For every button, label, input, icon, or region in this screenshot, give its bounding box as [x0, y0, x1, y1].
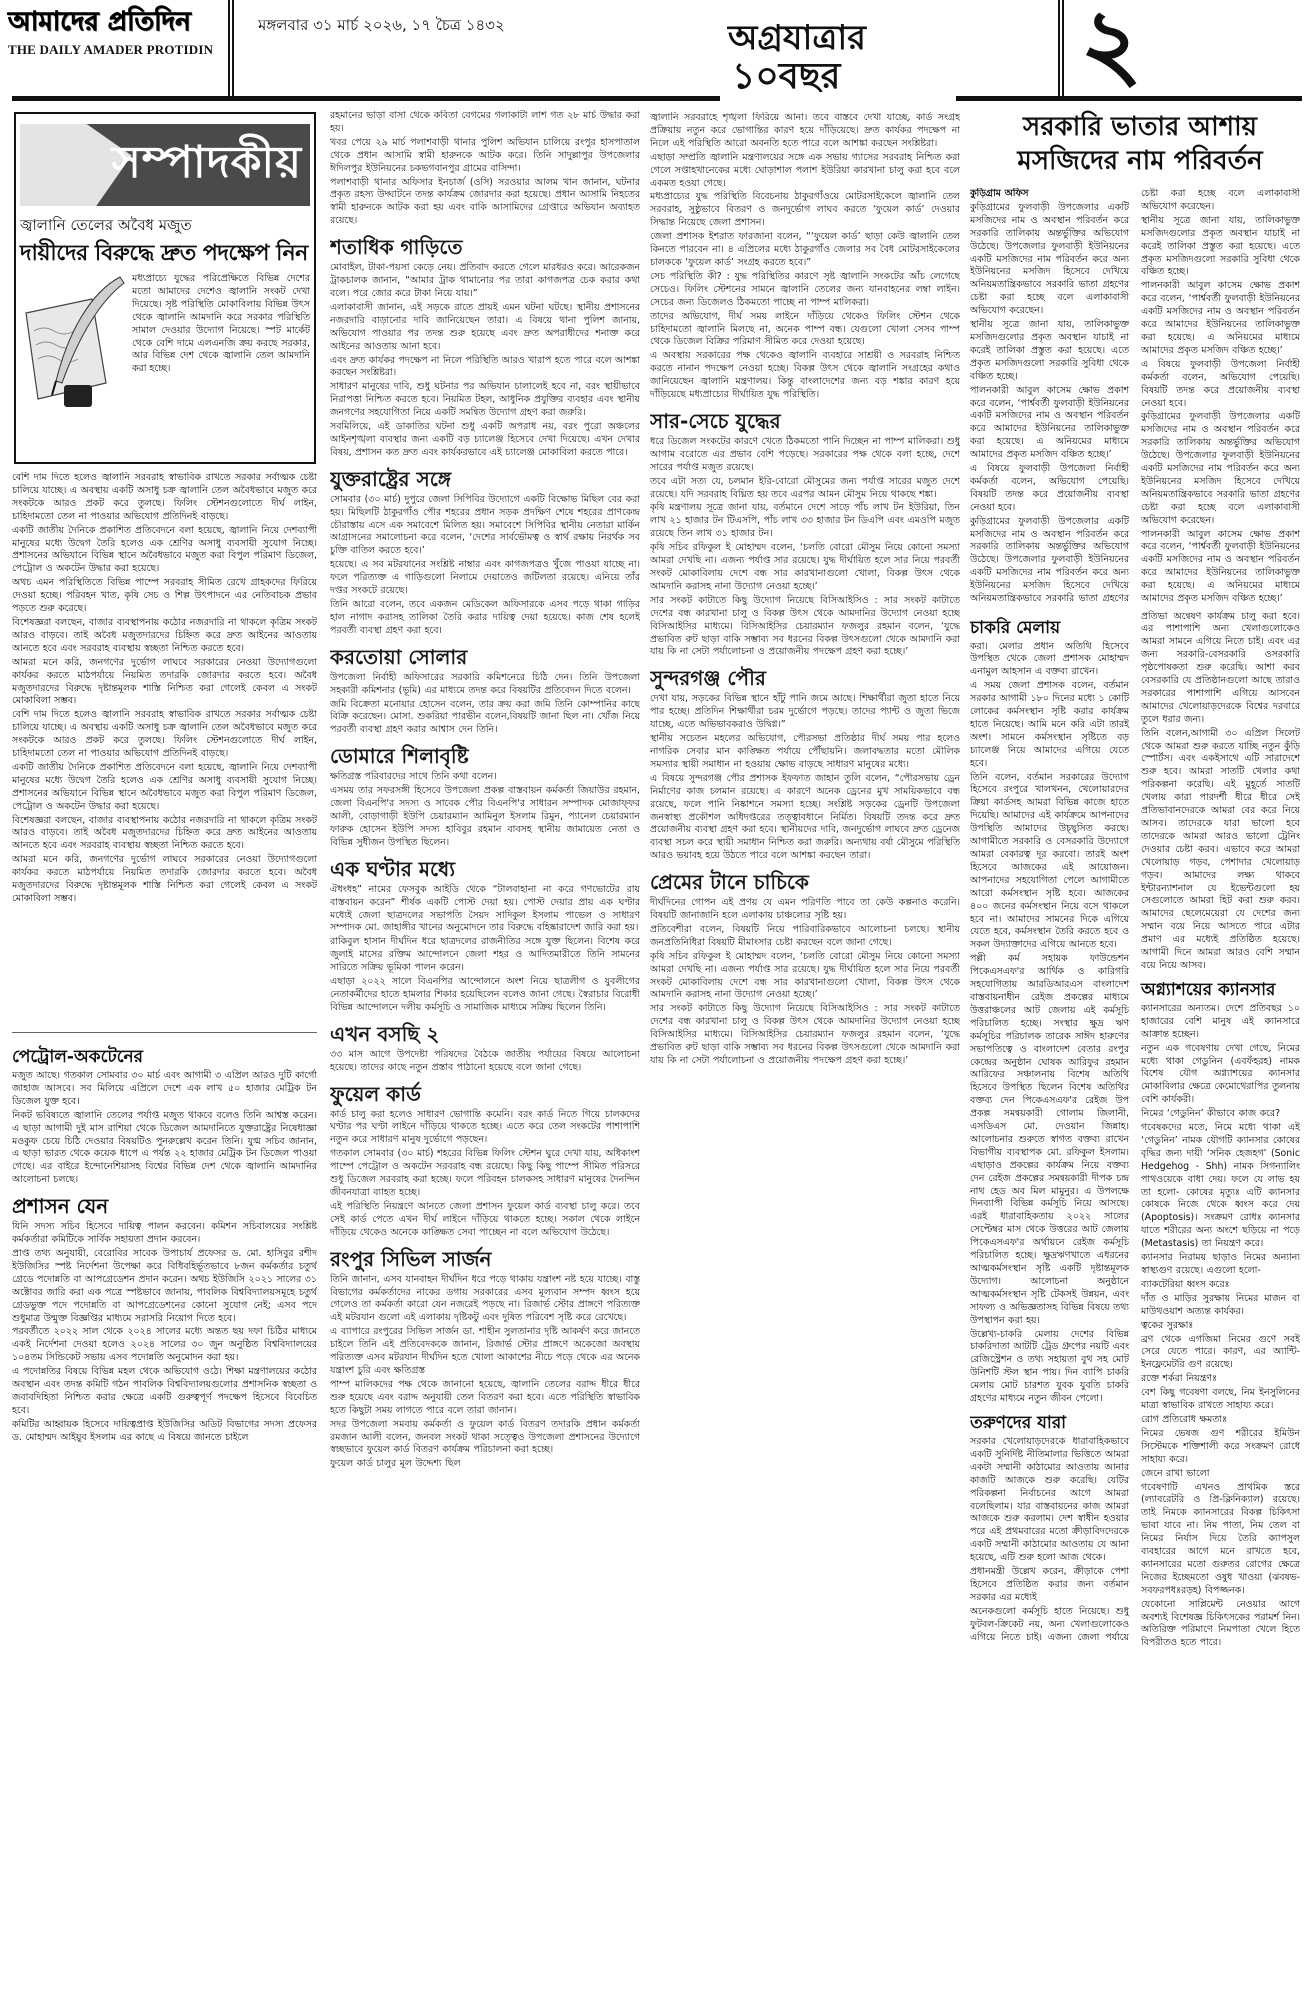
article-paragraph: এ ব্যাপারে রংপুরের সিভিল সার্জন ডা. শাহী…: [330, 1326, 640, 1378]
article-paragraph: কৃষি সচিব রফিকুল ই মোহাম্মদ বলেন, ‘চলতি …: [650, 951, 960, 1003]
article-paragraph: এ বিষয়ে ফুলবাড়ী উপজেলা নির্বাহী কর্মকর…: [970, 463, 1129, 515]
article-paragraph: উল্লেখ্য-চাকরি মেলায় দেশের বিভিন্ন চাকর…: [970, 1329, 1129, 1406]
article-paragraph: পল্লী কর্ম সহায়ক ফাউন্ডেশন পিকেএসএফ'র আ…: [970, 953, 1129, 1327]
article-paragraph: মজুত আছে। গতকাল সোমবার ৩০ মার্চ এবং আগাম…: [12, 1070, 317, 1109]
masthead: আমাদের প্রতিদিন THE DAILY AMADER PROTIDI…: [0, 0, 1312, 112]
article-paragraph: পালনকারী আবুল কাসেম ক্ষোভ প্রকাশ করে বলে…: [1141, 280, 1300, 357]
article-paragraph: দীর্ঘদিনের গোপন এই প্রণয় যে এমন পরিণতি …: [650, 897, 960, 923]
section-heading[interactable]: এখন বসছি ২: [330, 1021, 640, 1047]
article-paragraph: এ বিষয়ে ফুলবাড়ী উপজেলা নির্বাহী কর্মকর…: [1141, 359, 1300, 411]
editorial-paragraph: আমরা মনে করি, জনগণের দুর্ভোগ লাঘবে সরকার…: [12, 854, 317, 906]
article-paragraph: ধরে ডিজেল সংকটের কারণে খেতে ঠিকমতো পানি …: [650, 436, 960, 475]
article-paragraph: স্থানীয় সূত্রে জানা যায়, তালিকাভুক্ত ম…: [1141, 215, 1300, 280]
article-paragraph: ক্ষতিগ্রস্ত পরিবারদের সাথে তিনি কথা বলেন…: [330, 771, 640, 784]
article-paragraph: প্রধানমন্ত্রী উল্লেখ করেন, ক্রীড়াকে পেশ…: [970, 1566, 1129, 1605]
editorial-kicker: জ্বালানি তেলের অবৈধ মজুত: [20, 214, 310, 239]
main-headline-line-1: সরকারি ভাতার আশায়: [980, 110, 1300, 144]
article-paragraph: রাকিবুল হাসান দীর্ঘদিন ধরে ছাত্রদলের রাজ…: [330, 936, 640, 975]
article-paragraph: গবেষণাটি এখনও প্রাথমিক স্তরে (ল্যাবরেটরি…: [1141, 1482, 1300, 1598]
editorial-paragraph: বিশেষজ্ঞরা বলছেন, বাজার ব্যবস্থাপনায় কঠ…: [12, 617, 317, 656]
article-paragraph: ৩৩ মাস আগে উপদেষ্টা পরিষদের বৈঠকে জাতীয়…: [330, 1049, 640, 1075]
main-headline-line-2: মসজিদের নাম পরিবর্তন: [980, 144, 1300, 178]
article-paragraph: হয়েছে। এ সব মটরযানের সংশ্লিষ্ট নাম্বার …: [330, 559, 640, 598]
article-paragraph: এসময় তার সফরসঙ্গী হিসেবে উপজেলা প্রকল্প…: [330, 785, 640, 850]
quill-pen-icon: [20, 273, 128, 413]
section-heading[interactable]: সার-সেচে যুদ্ধের: [650, 408, 960, 434]
anniversary-banner: অগ্রযাত্রার ১০বছর: [728, 20, 928, 96]
section-heading[interactable]: রংপুর সিভিল সার্জন: [330, 1246, 640, 1272]
article-subhead: রোগ প্রতিরোধ ক্ষমতাঃ: [1141, 1414, 1300, 1427]
section-heading[interactable]: ডোমারে শিলাবৃষ্টি: [330, 743, 640, 769]
article-paragraph: জমি বিক্রেতা মনোয়ার হোসেন বলেন, তার ক্র…: [330, 699, 640, 738]
article-paragraph: তিনি বলেন, বর্তমান সরকারের উদ্যোগ হিসেবে…: [970, 772, 1129, 953]
article-paragraph: ঐধংধহ” নামের ফেসবুক আইডি থেকে “টালবাহানা…: [330, 884, 640, 936]
column-divider: [12, 1032, 317, 1033]
article-paragraph: জ্বালানি সরবরাহে শৃঙ্খলা ফিরিয়ে আনা। তব…: [650, 112, 960, 151]
article-paragraph: ক্যানসার নিরাময় ছাড়াও নিমের অন্যান্য স…: [1141, 1252, 1300, 1278]
article-paragraph: এ সময় জেলা প্রশাসক বলেন, বর্তমান সরকার …: [970, 680, 1129, 770]
article-paragraph: পলাশবাড়ী থানার অফিসার ইনচার্জ (ওসি) সরও…: [330, 177, 640, 229]
article-paragraph: এলাকাবাসী জানান, এই সড়কে রাতে প্রায়ই এ…: [330, 302, 640, 354]
article-paragraph: ফুয়েল কার্ড চালুর মূল উদ্দেশ্য ছিল: [330, 1458, 640, 1471]
main-story-body: কুড়িগ্রাম অফিস কুড়িগ্রামের ফুলবাড়ী উপ…: [970, 188, 1300, 607]
section-heading[interactable]: ফুয়েল কার্ড: [330, 1081, 640, 1107]
column-1-lower: পেট্রোল-অকটেনের মজুত আছে। গতকাল সোমবার ৩…: [12, 1040, 317, 1446]
article-paragraph: তিনি বলেন,আগামী ৩০ এপ্রিল সিলেট থেকে আমর…: [1141, 728, 1300, 973]
article-paragraph: যিনি সদস্য সচিব হিসেবে দায়িত্ব পালন করব…: [12, 1221, 317, 1247]
page-number: ২: [1080, 0, 1142, 94]
article-paragraph: রহমানের ভাড়া বাসা থেকে কবিতা বেগমের গলা…: [330, 110, 640, 136]
newspaper-logo[interactable]: আমাদের প্রতিদিন THE DAILY AMADER PROTIDI…: [8, 4, 218, 58]
section-heading[interactable]: চাকরি মেলায়: [970, 617, 1129, 639]
article-paragraph: করা। মেলার প্রধান অতিথি হিসেবে উপস্থিত থ…: [970, 641, 1129, 680]
article-paragraph: যেকোনো সাপ্লিমেন্ট নেওয়ার আগে অবশ্যই বি…: [1141, 1599, 1300, 1651]
article-paragraph: কুড়িগ্রামের ফুলবাড়ী উপজেলার একটি মসজিদ…: [970, 202, 1129, 318]
article-paragraph: এ বিষয়ে সুন্দরগঞ্জ পৌর প্রশাসক ইফফাত জা…: [650, 773, 960, 863]
article-paragraph: সার সংকট কাটাতে কিছু উদ্যোগ নিয়েছে বিসি…: [650, 1003, 960, 1068]
article-paragraph: সরকার খেলোয়াড়দেরকে ধারাবাহিকভাবে একটি …: [970, 1436, 1129, 1565]
article-subhead: নিমের ‘গেডুনিন’ কীভাবে কাজ করে?: [1141, 1108, 1300, 1121]
logo-english: THE DAILY AMADER PROTIDIN: [8, 42, 218, 58]
article-paragraph: পাম্প মালিকদের পক্ষ থেকে জানানো হয়েছে, …: [330, 1379, 640, 1418]
article-paragraph: এছাড়া সম্প্রতি জ্বালানি মন্ত্রণালয়ের স…: [650, 152, 960, 191]
issue-date: মঙ্গলবার ৩১ মার্চ ২০২৬, ১৭ চৈত্র ১৪৩২: [258, 14, 505, 39]
anniversary-line-2: ১০বছর: [732, 56, 928, 96]
article-subhead: ব্যাকটেরিয়া ধ্বংস করেঃ: [1141, 1279, 1300, 1292]
article-paragraph: কমিটির আহ্বায়ক হিসেবে দায়িত্বপ্রাপ্ত ই…: [12, 1419, 317, 1445]
article-paragraph: পালনকারী আবুল কাসেম ক্ষোভ প্রকাশ করে বলে…: [970, 385, 1129, 462]
section-heading[interactable]: সুন্দরগঞ্জ পৌর: [650, 665, 960, 691]
article-paragraph: তবে এটা সত্য যে, চলমান ইরি-বোরো মৌসুমের …: [650, 476, 960, 502]
rule-gap: [720, 92, 956, 106]
editorial-banner-title: সম্পাদকীয়: [112, 130, 302, 196]
editorial-intro: মধ্যপ্রাচ্যে যুদ্ধের পরিপ্রেক্ষিতে বিভিন…: [128, 273, 310, 413]
article-paragraph: কৃষি সচিব রফিকুল ই মোহাম্মদ বলেন, ‘চলতি …: [650, 542, 960, 594]
editorial-paragraph: একটি জাতীয় দৈনিকে প্রকাশিত প্রতিবেদনে ব…: [12, 762, 317, 814]
article-paragraph: প্রতিবেশীরা বলেন, বিষয়টি নিয়ে পারিবারি…: [650, 924, 960, 950]
masthead-rule: [12, 96, 1302, 101]
section-heading[interactable]: যুক্তরাষ্ট্রের সঙ্গে: [330, 466, 640, 492]
logo-bangla: আমাদের প্রতিদিন: [8, 4, 218, 40]
section-heading[interactable]: এক ঘণ্টার মধ্যে: [330, 856, 640, 882]
editorial-banner: সম্পাদকীয়: [20, 124, 310, 206]
article-paragraph: উপজেলা নির্বাহী অফিসারের সরকারি কমিশনেরে…: [330, 672, 640, 698]
article-paragraph: মধ্যপ্রাচ্যের যুদ্ধ পরিস্থিতি বিবেচনায় …: [650, 191, 960, 230]
article-paragraph: সার সংকট কাটাতে কিছু উদ্যোগ নিয়েছে বিসি…: [650, 595, 960, 660]
editorial-paragraph: অথচ এমন পরিস্থিতিতে বিভিন্ন পাম্পে সরবরা…: [12, 577, 317, 616]
article-paragraph: তাদের অভিযোগ, দীর্ঘ সময় লাইনে দাঁড়িয়ে…: [650, 311, 960, 350]
main-headline[interactable]: সরকারি ভাতার আশায় মসজিদের নাম পরিবর্তন: [980, 110, 1300, 178]
article-paragraph: বেশ কিছু গবেষণা বলছে, নিম ইনসুলিনের মাত্…: [1141, 1387, 1300, 1413]
anniversary-line-1: অগ্রযাত্রার: [728, 20, 928, 56]
lower-stories: চাকরি মেলায় করা। মেলার প্রধান অতিথি হিস…: [970, 611, 1300, 1651]
article-paragraph: গতকাল সোমবার (৩০ মার্চ) শহরের বিভিন্ন ফি…: [330, 1148, 640, 1200]
section-heading[interactable]: পেট্রোল-অকটেনের: [12, 1046, 317, 1068]
column-2: রহমানের ভাড়া বাসা থেকে কবিতা বেগমের গলা…: [330, 110, 640, 1990]
editorial-headline[interactable]: দায়ীদের বিরুদ্ধে দ্রুত পদক্ষেপ নিন: [20, 239, 310, 269]
editorial-continued: বেশি দাম দিতে হলেও জ্বালানি সরবরাহ স্বাভ…: [12, 472, 317, 907]
article-paragraph: পরবর্তীতে ২০২২ সাল থেকে ২০২৪ সালের মধ্যে…: [12, 1326, 317, 1365]
column-4: কুড়িগ্রাম অফিস কুড়িগ্রামের ফুলবাড়ী উপ…: [970, 188, 1300, 1998]
article-paragraph: কুড়িগ্রামের ফুলবাড়ী উপজেলার একটি মসজিদ…: [1141, 411, 1300, 527]
editorial-paragraph: একটি জাতীয় দৈনিকে প্রকাশিত প্রতিবেদনে ব…: [12, 525, 317, 577]
article-paragraph: সাধারণ মানুষের দাবি, শুধু ঘটনার পর অভিযা…: [330, 381, 640, 420]
article-paragraph: স্থানীয় সূত্রে জানা যায়, তালিকাভুক্ত ম…: [970, 319, 1129, 384]
article-subhead: ত্বকের সুরক্ষাঃ: [1141, 1320, 1300, 1333]
editorial-paragraph: বেশি দাম দিতে হলেও জ্বালানি সরবরাহ স্বাভ…: [12, 709, 317, 761]
article-paragraph: জেলা প্রশাসক ইশরাত ফারজানা বলেন, “‘ফুয়ে…: [650, 231, 960, 270]
masthead-divider-right: [1058, 0, 1064, 96]
article-paragraph: সবমিলিয়ে, এই ডাকাতির ঘটনা শুধু একটি অপর…: [330, 421, 640, 460]
article-paragraph: তিনি জানান, এসব যানবাহন দীর্ঘদিন ধরে পড়…: [330, 1274, 640, 1326]
article-paragraph: নতুন এক গবেষণায় দেখা গেছে, নিমের মধ্যে …: [1141, 1043, 1300, 1108]
article-paragraph: এ পদোন্নতির বিষয়ে বিভিন্ন মহল থেকে অভিয…: [12, 1366, 317, 1418]
article-paragraph: পালনকারী আবুল কাসেম ক্ষোভ প্রকাশ করে বলে…: [1141, 529, 1300, 606]
editorial-paragraph: আমরা মনে করি, জনগণের দুর্ভোগ লাঘবে সরকার…: [12, 657, 317, 709]
article-paragraph: স্থানীয় সচেতন মহলের অভিযোগ, পৌরসভা প্রত…: [650, 733, 960, 772]
editorial-paragraph: বেশি দাম দিতে হলেও জ্বালানি সরবরাহ স্বাভ…: [12, 472, 317, 524]
article-paragraph: মোবাইল, টাকা-পয়সা কেড়ে নেয়। প্রতিবাদ …: [330, 262, 640, 301]
article-paragraph: কৃষি মন্ত্রণালয় সূত্রে জানা যায়, বর্তম…: [650, 502, 960, 541]
section-heading[interactable]: অগ্ন্যাশয়ের ক্যানসার: [1141, 979, 1300, 1001]
article-subhead: রক্তে শর্করা নিয়ন্ত্রণঃ: [1141, 1373, 1300, 1386]
section-heading[interactable]: প্রেমের টানে চাচিকে: [650, 869, 960, 895]
section-heading[interactable]: করতোয়া সোলার: [330, 644, 640, 670]
editorial-box: সম্পাদকীয় জ্বালানি তেলের অবৈধ মজুত দায়…: [14, 112, 316, 464]
article-paragraph: নিকট ভবিষ্যতে জ্বালানি তেলের পর্যাপ্ত মজ…: [12, 1110, 317, 1187]
article-paragraph: দেখা যায়, সড়কের বিভিন্ন স্থানে হাঁটু প…: [650, 693, 960, 732]
article-paragraph: গবেষকদের মতে, নিমে মধ্যে থাকা এই ‘গেডুনি…: [1141, 1122, 1300, 1251]
section-heading[interactable]: প্রশাসন যেন: [12, 1193, 317, 1219]
article-paragraph: তিনি আরো বলেন, তবে একজন মেডিকেল অফিসারকে…: [330, 599, 640, 638]
dateline: কুড়িগ্রাম অফিস: [970, 188, 1129, 201]
article-paragraph: এই পরিস্থিতি নিয়ন্ত্রণে আনতে জেলা প্রশা…: [330, 1201, 640, 1240]
article-paragraph: দাঁত ও মাড়ির সুরক্ষায় নিমের মাজন বা মা…: [1141, 1293, 1300, 1319]
article-paragraph: খবর পেয়ে ২৯ মার্চ পলাশবাড়ী থানার পুলিশ…: [330, 137, 640, 176]
article-paragraph: প্রাপ্ত তথ্য অনুযায়ী, বেরোবির সাবেক উপা…: [12, 1248, 317, 1325]
article-paragraph: সেচ পরিস্থিতি কী? : যুদ্ধ পরিস্থিতির কার…: [650, 271, 960, 310]
article-paragraph: সদর উপজেলা সমবায় কর্মকর্তা ও ফুয়েল কার…: [330, 1419, 640, 1458]
article-paragraph: এ অবস্থায় সরকারের পক্ষ থেকেও জ্বালানি ব…: [650, 350, 960, 402]
article-paragraph: ব্রণ থেকে এগজিমা নিমের গুণে সবই সেরে যেত…: [1141, 1334, 1300, 1373]
article-subhead: জেনে রাখা ভালো: [1141, 1468, 1300, 1481]
section-heading[interactable]: তরুণদের যারা: [970, 1412, 1129, 1434]
article-paragraph: ক্যানসারের অন্যতম। দেশে প্রতিবছর ১০ হাজা…: [1141, 1003, 1300, 1042]
article-paragraph: এছাড়া ২০২২ সালে বিএনপির আন্দোলনে অংশ নি…: [330, 976, 640, 1015]
article-paragraph: নিমের ভেষজ গুণ শরীরের ইমিউন সিস্টেমকে শক…: [1141, 1428, 1300, 1467]
article-paragraph: সোমবার (৩০ মার্চ) দুপুরে জেলা সিপিবির উদ…: [330, 494, 640, 559]
article-paragraph: এবং দ্রুত কার্যকর পদক্ষেপ না নিলে পরিস্থ…: [330, 355, 640, 381]
column-3: জ্বালানি সরবরাহে শৃঙ্খলা ফিরিয়ে আনা। তব…: [650, 112, 960, 1992]
section-heading[interactable]: শতাধিক গাড়িতে: [330, 234, 640, 260]
article-paragraph: কার্ড চালু করা হলেও সাধারণ ভোগান্তি কমেন…: [330, 1109, 640, 1148]
editorial-paragraph: বিশেষজ্ঞরা বলছেন, বাজার ব্যবস্থাপনায় কঠ…: [12, 815, 317, 854]
masthead-divider-left: [228, 0, 234, 96]
